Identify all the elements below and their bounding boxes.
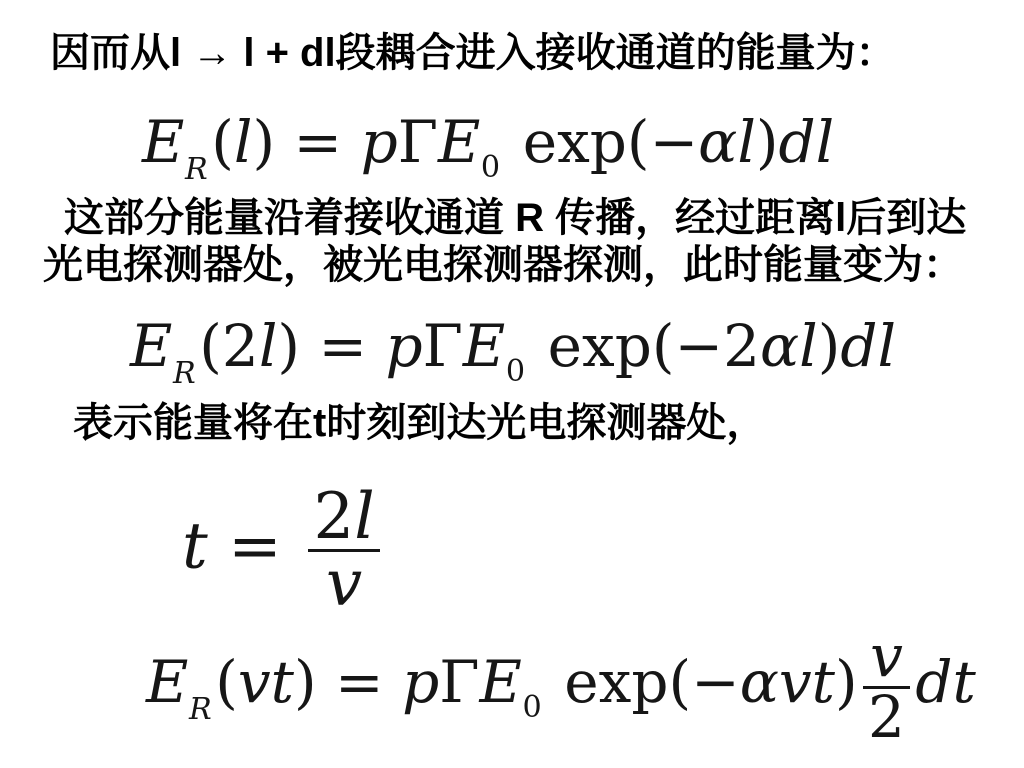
body-line-1: 这部分能量沿着接收通道 R 传播，经过距离l后到达 <box>64 194 966 242</box>
formula-detected-energy: ER(2l) = pΓE0 exp(−2αl)dl <box>130 312 896 391</box>
formula-energy-vs-time: ER(vt) = pΓE0 exp(−αvt)v2dt <box>146 630 976 744</box>
body-line-3: 表示能量将在t时刻到达光电探测器处， <box>73 399 766 447</box>
formula-coupled-energy: ER(l) = pΓE0 exp(−αl)dl <box>142 108 834 187</box>
title-line: 因而从l → l + dl段耦合进入接收通道的能量为： <box>50 29 896 77</box>
body-line-2: 光电探测器处，被光电探测器探测，此时能量变为： <box>43 241 963 289</box>
slide: 因而从l → l + dl段耦合进入接收通道的能量为： ER(l) = pΓE0… <box>0 0 1024 768</box>
formula-arrival-time: t = 2lv <box>182 488 386 614</box>
